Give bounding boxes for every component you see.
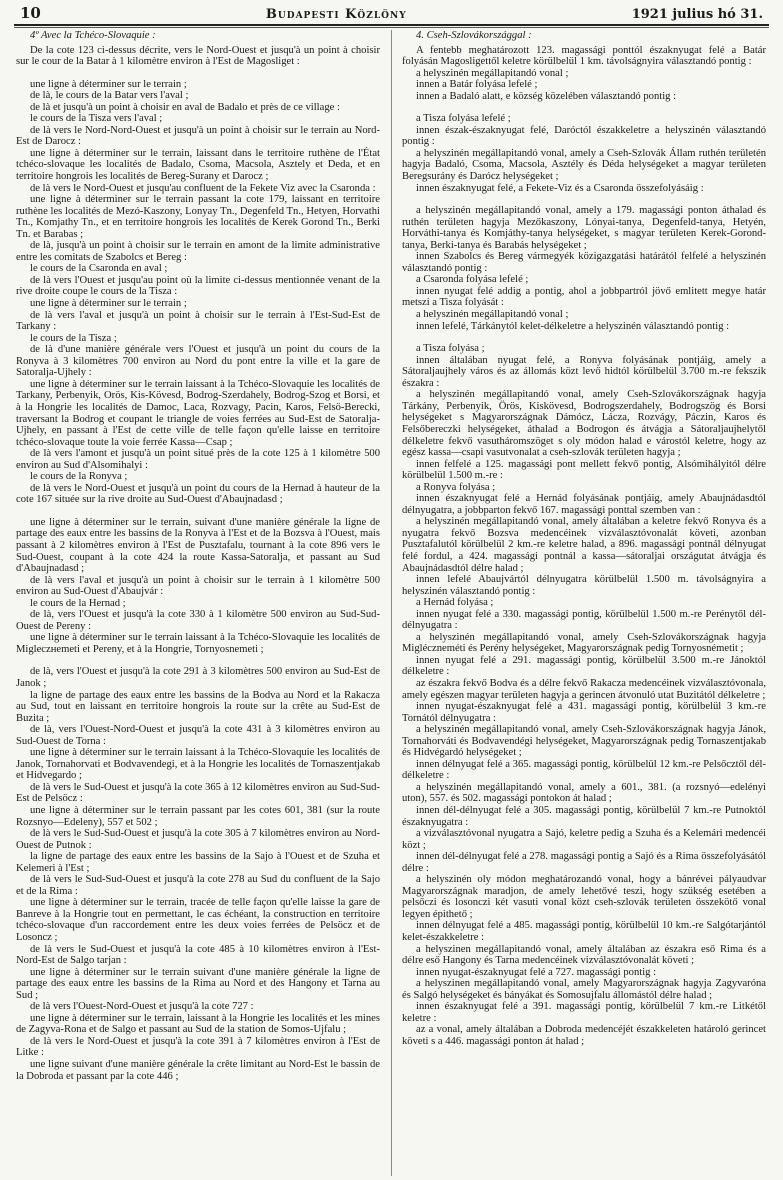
paragraph: a helyszinen megállapitandó vonal, amely… — [402, 944, 766, 967]
paragraph: de là vers l'Ouest-Nord-Ouest et jusqu'à… — [16, 1001, 380, 1013]
paragraph: de là vers le Nord-Nord-Ouest et jusqu'à… — [16, 125, 380, 148]
paragraph: le cours de la Tisza vers l'aval ; — [16, 113, 380, 125]
paragraph: innen nyugat felé a 330. magassági ponti… — [402, 609, 766, 632]
paragraph: une ligne à déterminer sur le terrain pa… — [16, 194, 380, 240]
paragraph: innen észak-északnyugat felé, Daróctól é… — [402, 125, 766, 148]
paragraph: innen nyugat-északnyugat felé a 431. mag… — [402, 701, 766, 724]
column-divider — [391, 30, 392, 1176]
paragraph: a vizválasztóvonal nyugatra a Sajó, kele… — [402, 828, 766, 851]
paragraph: innen nyugat-északnyugat felé a 727. mag… — [402, 967, 766, 979]
paragraph: innen a Batár folyása lefelé ; — [402, 79, 766, 91]
paragraph: az a vonal, amely általában a Dobroda me… — [402, 1024, 766, 1047]
paragraph: De la cote 123 ci-dessus décrite, vers l… — [16, 45, 380, 68]
paragraph: innen délnyugat felé a 485. magassági po… — [402, 920, 766, 943]
paragraph: une ligne à déterminer sur le terrain pa… — [16, 805, 380, 828]
paragraph: une ligne suivant d'une manière générale… — [16, 1059, 380, 1082]
paragraph: innen délnyugat felé a 365. magassági po… — [402, 759, 766, 782]
section-heading: 4º Avec la Tchéco-Slovaquie : — [16, 30, 380, 42]
paragraph: innen a Badaló alatt, e község közelében… — [402, 91, 766, 103]
paragraph: le cours de la Csaronda en aval ; — [16, 263, 380, 275]
paragraph: az északra fekvő Bodva és a délre fekvő … — [402, 678, 766, 701]
paragraph: innen lefelé Abaujvártól délnyugatra kör… — [402, 574, 766, 597]
paragraph: une ligne à déterminer sur le terrain ; — [16, 79, 380, 91]
paragraph: une ligne à déterminer sur le terrain ; — [16, 298, 380, 310]
right-column-hungarian: 4. Cseh-Szlovákországgal : A fentebb meg… — [402, 30, 766, 1047]
publication-title: Budapesti Közlöny — [266, 7, 407, 22]
paragraph: de là vers le Sud-Ouest et jusqu'à la co… — [16, 944, 380, 967]
paragraph: de là et jusqu'à un point à choisir en a… — [16, 102, 380, 114]
paragraph: de là, jusqu'à un point à choisir sur le… — [16, 240, 380, 263]
paragraph: innen északnyugat felé a 391. magassági … — [402, 1001, 766, 1024]
paragraph: a helyszinén megállapitandó vonal ; — [402, 309, 766, 321]
paragraph: une ligne à déterminer sur le terrain, s… — [16, 517, 380, 575]
paragraph: a helyszinén megállapitandó vonal, amely… — [402, 516, 766, 574]
paragraph: de là, vers l'Ouest et jusqu'à la cote 2… — [16, 666, 380, 689]
paragraph: a Tisza folyása ; — [402, 343, 766, 355]
paragraph: le cours de la Tisza ; — [16, 333, 380, 345]
issue-date: 1921 julius hó 31. — [632, 7, 763, 22]
section-heading: 4. Cseh-Szlovákországgal : — [402, 30, 766, 42]
paragraph: de là vers l'aval et jusqu'à un point à … — [16, 575, 380, 598]
header-rule-thin — [14, 27, 769, 28]
paragraph: a Ronyva folyása ; — [402, 482, 766, 494]
paragraph: A fentebb meghatározott 123. magassági p… — [402, 45, 766, 68]
paragraph: le cours de la Hernad ; — [16, 598, 380, 610]
paragraph: de là vers le Sud-Sud-Ouest et jusqu'à l… — [16, 828, 380, 851]
newspaper-page: 10 Budapesti Közlöny 1921 julius hó 31. … — [0, 0, 783, 1180]
header-rule — [14, 24, 769, 26]
paragraph: innen északnyugat felé, a Fekete-Viz és … — [402, 183, 766, 195]
page-header: 10 Budapesti Közlöny 1921 julius hó 31. — [20, 2, 763, 22]
left-column-french: 4º Avec la Tchéco-Slovaquie : De la cote… — [16, 30, 380, 1082]
paragraph: innen felfelé a 125. magassági pont mell… — [402, 459, 766, 482]
paragraph: de là vers le Nord-Ouest et jusqu'au con… — [16, 183, 380, 195]
paragraph: a helyszinen megállapitandó vonal, amely… — [402, 978, 766, 1001]
paragraph: innen nyugat felé a 291. magassági ponti… — [402, 655, 766, 678]
paragraph: une ligne à déterminer sur le terrain la… — [16, 379, 380, 448]
paragraph: a helyszinén megállapitandó vonal, amely… — [402, 632, 766, 655]
paragraph: la ligne de partage des eaux entre les b… — [16, 690, 380, 725]
paragraph: innen lefelé, Tárkánytól kelet-délkeletr… — [402, 321, 766, 333]
paragraph: une ligne à déterminer sur le terrain, l… — [16, 148, 380, 183]
paragraph: a helyszinén megállapitandó vonal, amely… — [402, 782, 766, 805]
paragraph: de là, le cours de la Batar vers l'aval … — [16, 90, 380, 102]
paragraph: de là vers le Sud-Sud-Ouest et jusqu'à l… — [16, 874, 380, 897]
paragraph: innen általában nyugat felé, a Ronyva fo… — [402, 355, 766, 390]
paragraph: de là, vers l'Ouest et jusqu'à la cote 3… — [16, 609, 380, 632]
paragraph: a helyszinén megállapitandó vonal, amely… — [402, 724, 766, 759]
paragraph: a Tisza folyása lefelé ; — [402, 113, 766, 125]
paragraph: de là vers l'amont et jusqu'à un point s… — [16, 448, 380, 471]
paragraph: de là vers l'Ouest et jusqu'au point où … — [16, 275, 380, 298]
page-number: 10 — [20, 4, 41, 22]
paragraph: de là d'une manière générale vers l'Oues… — [16, 344, 380, 379]
paragraph: innen dél-délnyugat felé a 305. magasság… — [402, 805, 766, 828]
paragraph: a helyszinén megállapitandó vonal, amely… — [402, 205, 766, 251]
paragraph: innen dél-délnyugat felé a 278. magasság… — [402, 851, 766, 874]
paragraph: innen északnyugat felé a Hernád folyásán… — [402, 493, 766, 516]
paragraph: a helyszinén megállapitandó vonal, amely… — [402, 389, 766, 458]
paragraph: a helyszinén oly módon meghatározandó vo… — [402, 874, 766, 920]
paragraph: de là vers le Nord-Ouest et jusqu'à un p… — [16, 483, 380, 506]
paragraph: a Hernád folyása ; — [402, 597, 766, 609]
paragraph: de là vers le Sud-Ouest et jusqu'à la co… — [16, 782, 380, 805]
paragraph: a Csaronda folyása lefelé ; — [402, 274, 766, 286]
paragraph: de là vers l'aval et jusqu'à un point à … — [16, 310, 380, 333]
paragraph: une ligne à déterminer sur le terrain su… — [16, 967, 380, 1002]
paragraph: une ligne à déterminer sur le terrain la… — [16, 747, 380, 782]
paragraph: a helyszinén megállapitandó vonal ; — [402, 68, 766, 80]
paragraph: une ligne à déterminer sur le terrain la… — [16, 632, 380, 655]
paragraph: la ligne de partage des eaux entre les b… — [16, 851, 380, 874]
paragraph: innen Szabolcs és Bereg vármegyék köziga… — [402, 251, 766, 274]
paragraph: une ligne à déterminer sur le terrain, l… — [16, 1013, 380, 1036]
paragraph: a helyszinén megállapitandó vonal, amely… — [402, 148, 766, 183]
paragraph: innen nyugat felé addig a pontig, ahol a… — [402, 286, 766, 309]
paragraph: de là vers le Nord-Ouest et jusqu'à la c… — [16, 1036, 380, 1059]
paragraph: une ligne à déterminer sur le terrain, t… — [16, 897, 380, 943]
paragraph: de là, vers l'Ouest-Nord-Ouest et jusqu'… — [16, 724, 380, 747]
paragraph: le cours de la Ronyva ; — [16, 471, 380, 483]
